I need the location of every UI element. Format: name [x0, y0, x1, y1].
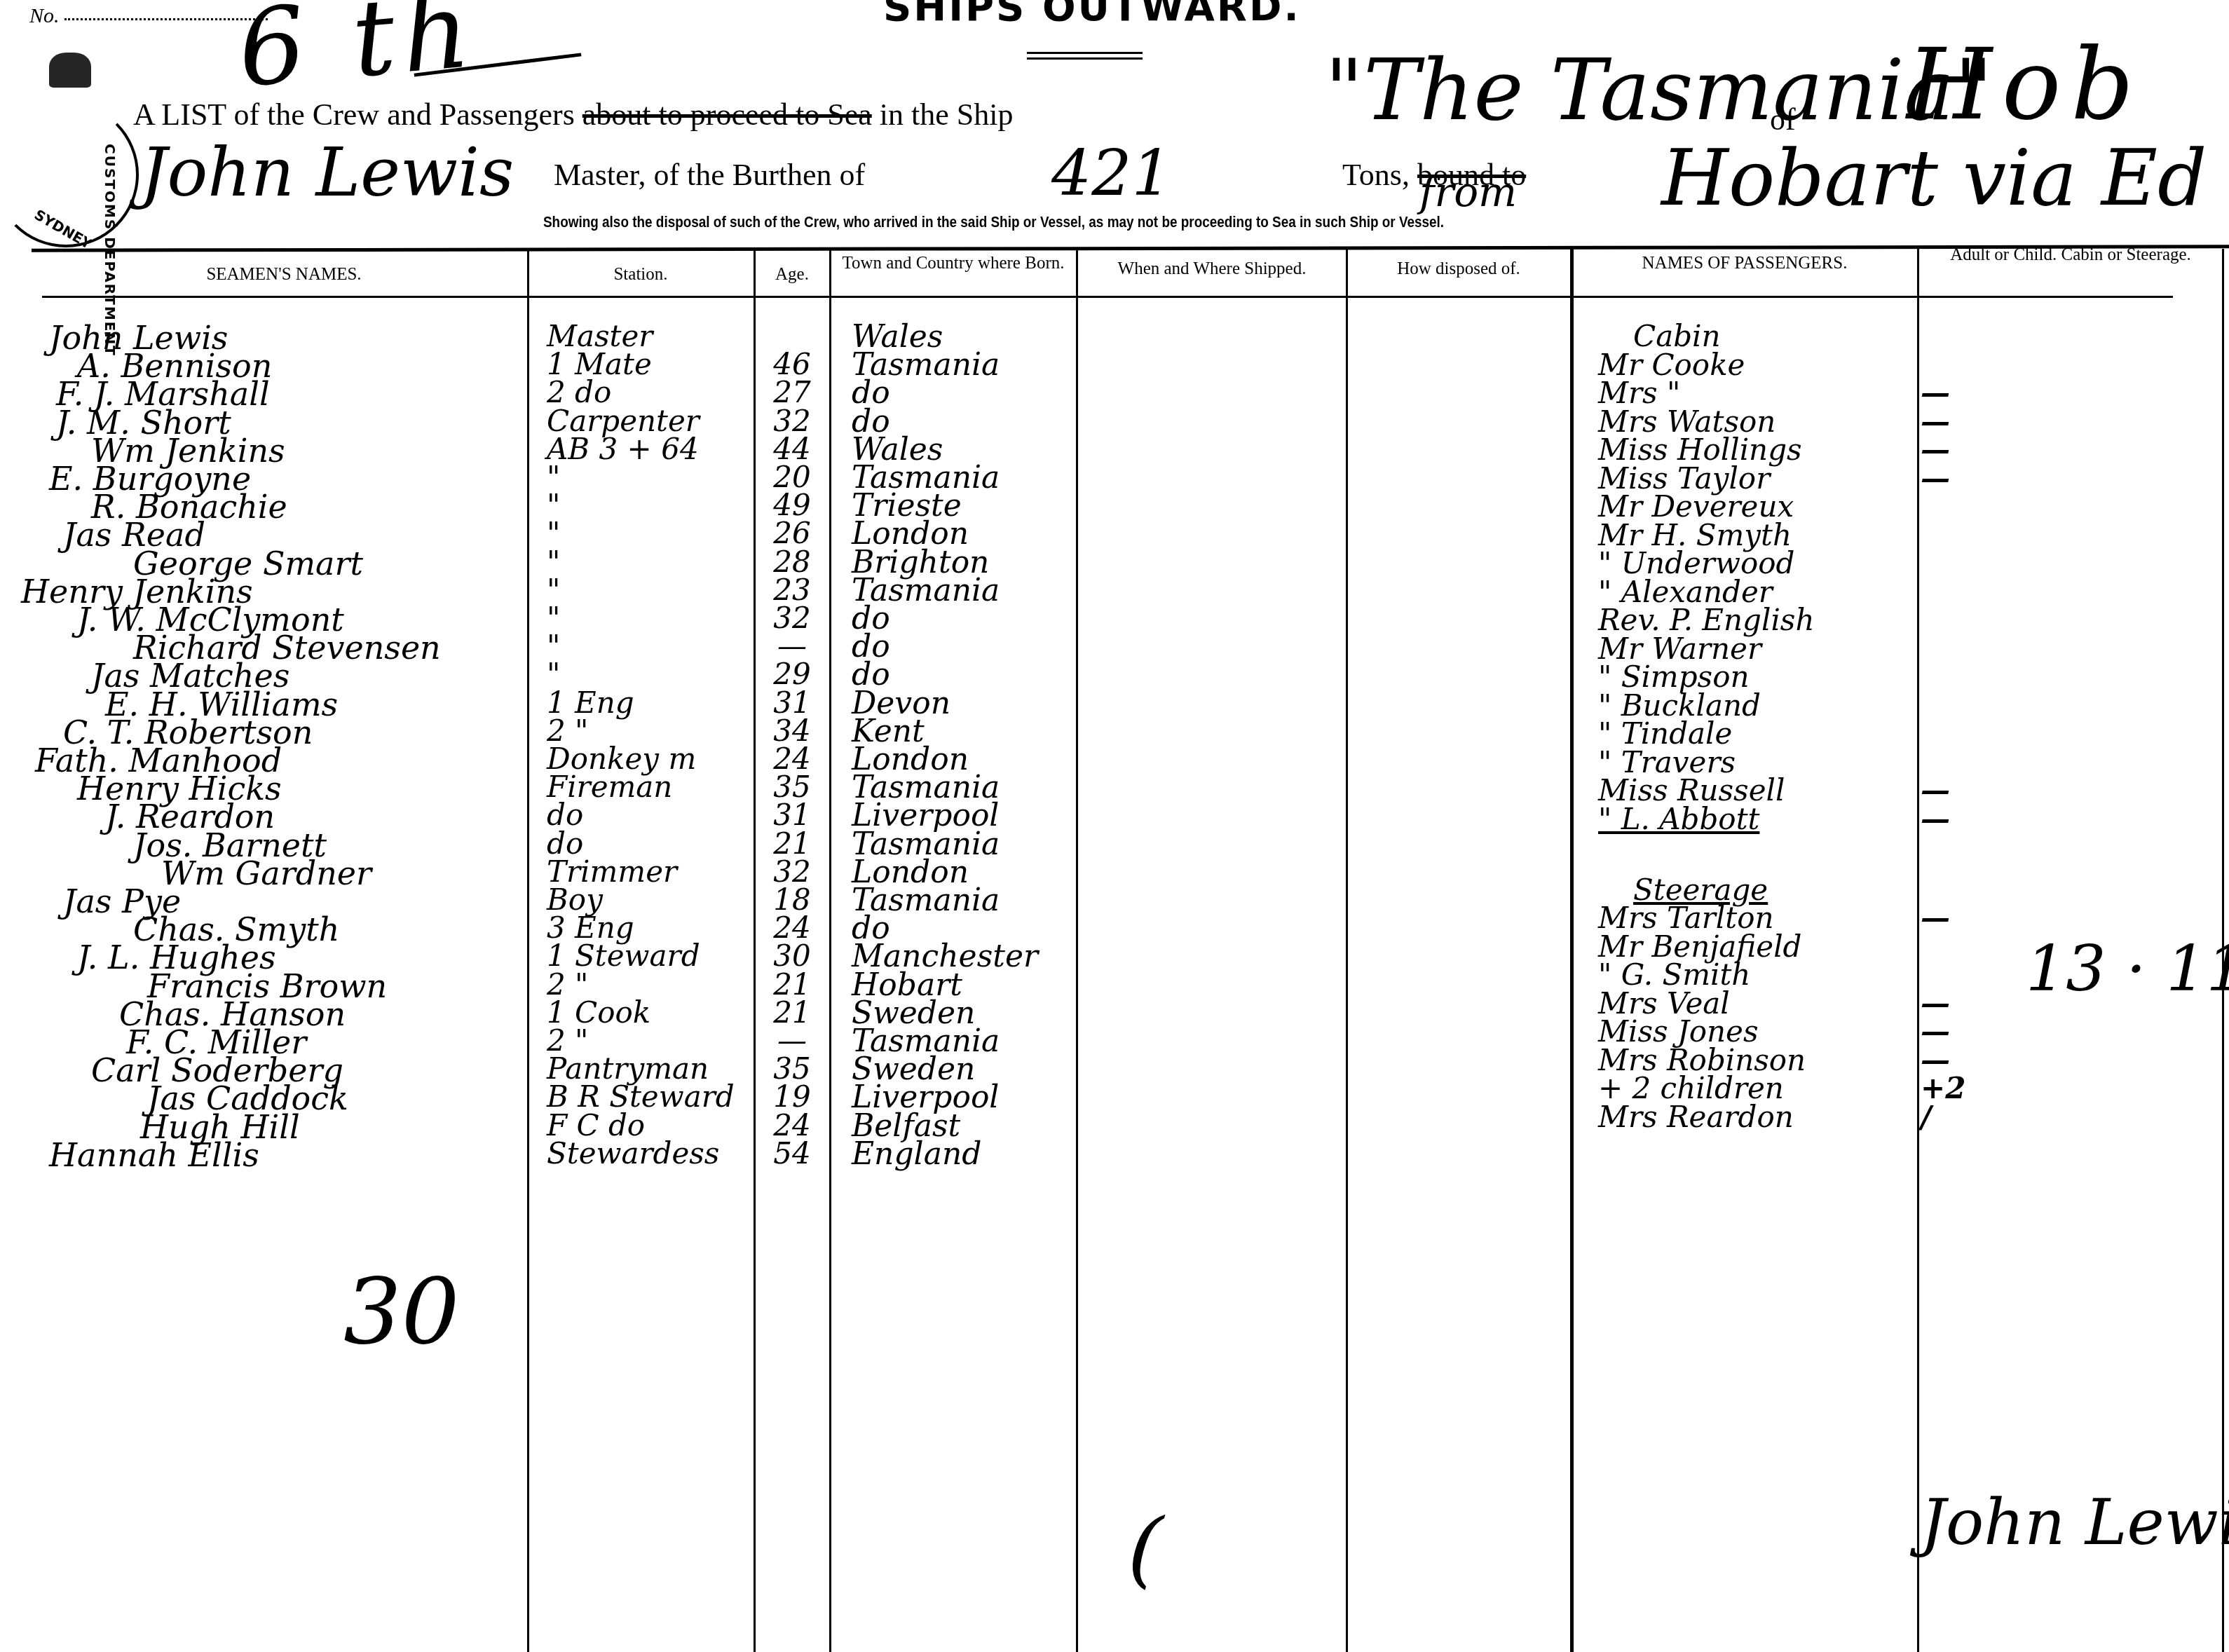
master-name: John Lewis — [140, 133, 514, 212]
list-title-line: A LIST of the Crew and Passengers about … — [133, 97, 1013, 132]
list-title-prefix: A LIST of the Crew and Passengers — [133, 97, 575, 132]
passenger-row: Mrs "— — [1598, 376, 2229, 404]
crew-row: Henry Jenkins"23Tasmania — [0, 573, 1122, 601]
col-shipped: When and Where Shipped. — [1079, 259, 1344, 279]
crown-icon — [49, 53, 91, 88]
reference-number: 6 th — [233, 0, 482, 111]
crew-row: Hannah EllisStewardess54England — [0, 1136, 1122, 1164]
passenger-name: Mrs Reardon — [1598, 1100, 1794, 1134]
from-correction: from — [1419, 168, 1517, 216]
passenger-row: " Underwood — [1598, 546, 2229, 574]
passenger-row: Mr Devereux — [1598, 489, 2229, 517]
header-rule-left — [42, 296, 1079, 298]
passenger-row: " Buckland — [1598, 688, 2229, 716]
crew-row: John LewisMasterWales — [0, 319, 1122, 347]
col-age: Age. — [756, 265, 829, 285]
crew-row: Hugh HillF C do24Belfast — [0, 1108, 1122, 1136]
passenger-tally-mark: / — [1921, 1100, 1931, 1134]
crew-row: Carl SoderbergPantryman35Sweden — [0, 1051, 1122, 1079]
header-rule-right — [1079, 296, 2173, 298]
crew-row: Chas. Smyth3 Eng24do — [0, 910, 1122, 938]
passenger-row: " Alexander — [1598, 575, 2229, 603]
col-seamen-names: SEAMEN'S NAMES. — [42, 265, 526, 285]
passenger-row: Mrs Tarlton— — [1598, 901, 2229, 929]
col-station: Station. — [529, 265, 752, 285]
title-rule — [1027, 52, 1143, 60]
master-burthen-label: Master, of the Burthen of — [554, 157, 865, 193]
passenger-row: Mr Warner — [1598, 632, 2229, 660]
crew-row: E. H. Williams1 Eng31Devon — [0, 685, 1122, 714]
crew-total: 30 — [343, 1258, 459, 1365]
column-divider — [1570, 249, 1574, 1652]
of-label: of — [1770, 102, 1796, 137]
column-divider — [1346, 249, 1348, 1652]
crew-row: Jas Read"26London — [0, 516, 1122, 544]
crew-born: England — [852, 1136, 1083, 1172]
passenger-row: Miss Hollings— — [1598, 432, 2229, 460]
crew-row: C. T. Robertson2 "34Kent — [0, 714, 1122, 742]
passenger-row: " L. Abbott— — [1598, 802, 2229, 830]
crew-row: Francis Brown2 "21Hobart — [0, 967, 1122, 995]
passenger-row: Mr H. Smyth — [1598, 518, 2229, 546]
form-title: SHIPS OUTWARD. — [883, 0, 1301, 30]
form-number-label: No. — [29, 4, 60, 28]
route: Hobart via Ed — [1661, 133, 2207, 223]
tons-text: Tons, — [1342, 158, 1410, 192]
passenger-row — [1598, 830, 2229, 858]
crew-row: F. J. Marshall2 do27do — [0, 375, 1122, 403]
crew-row: Chas. Hanson1 Cook21Sweden — [0, 995, 1122, 1023]
passenger-row: Miss Russell— — [1598, 773, 2229, 801]
tonnage: 421 — [1051, 137, 1172, 210]
pen-mark: ( — [1125, 1499, 1164, 1599]
passenger-total: 13 · 11 — [2026, 932, 2229, 1006]
passenger-section-heading: Cabin — [1598, 319, 2229, 347]
col-adult-child: Adult or Child. Cabin or Steerage. — [1921, 245, 2221, 265]
col-born: Town and Country where Born. — [834, 254, 1072, 273]
table-top-rule — [32, 245, 2229, 252]
crew-row: J. W. McClymont"32do — [0, 601, 1122, 629]
col-disposed: How disposed of. — [1349, 259, 1568, 279]
port-of-registry: Hob — [1907, 28, 2143, 142]
crew-row: J. M. ShortCarpenter32do — [0, 404, 1122, 432]
passenger-row: Rev. P. English — [1598, 603, 2229, 631]
passenger-row: " Simpson — [1598, 660, 2229, 688]
crew-row: R. Bonachie"49Trieste — [0, 488, 1122, 516]
passenger-row: " Tindale — [1598, 716, 2229, 744]
crew-row: A. Bennison1 Mate46Tasmania — [0, 347, 1122, 375]
passenger-row: " Travers — [1598, 745, 2229, 773]
crew-row: Wm GardnerTrimmer32London — [0, 854, 1122, 882]
crew-row: Jos. Barnettdo21Tasmania — [0, 826, 1122, 854]
passenger-row: Mrs Reardon/ — [1598, 1100, 2229, 1128]
crew-row: Henry HicksFireman35Tasmania — [0, 770, 1122, 798]
struck-phrase: about to proceed to Sea — [582, 97, 872, 132]
crew-row: George Smart"28Brighton — [0, 545, 1122, 573]
customs-stamp: CUSTOMS DEPARTMENT SYDNEY — [21, 46, 137, 249]
crew-row: Fath. ManhoodDonkey m24London — [0, 742, 1122, 770]
col-passenger-names: NAMES OF PASSENGERS. — [1574, 254, 1916, 273]
passenger-row: Mrs Watson— — [1598, 404, 2229, 432]
passenger-row: Miss Jones— — [1598, 1014, 2229, 1042]
crew-row: Jas PyeBoy18Tasmania — [0, 882, 1122, 910]
passenger-section-heading: Steerage — [1598, 873, 2229, 901]
crew-row: Jas CaddockB R Steward19Liverpool — [0, 1079, 1122, 1107]
crew-row: Wm JenkinsAB 3 + 6444Wales — [0, 432, 1122, 460]
master-signature: John Lewis — [1921, 1486, 2229, 1559]
crew-name: Hannah Ellis — [49, 1136, 512, 1174]
crew-row: E. Burgoyne"20Tasmania — [0, 460, 1122, 488]
ship-name: "The Tasmania" — [1325, 42, 1993, 139]
crew-age: 54 — [761, 1136, 824, 1170]
passenger-row: Mrs Robinson— — [1598, 1043, 2229, 1071]
crew-row: Richard Stevensen"—do — [0, 629, 1122, 657]
crew-row: Jas Matches"29do — [0, 657, 1122, 685]
crew-row: J. L. Hughes1 Steward30Manchester — [0, 938, 1122, 967]
crew-row: F. C. Miller2 "—Tasmania — [0, 1023, 1122, 1051]
passenger-row: + 2 children+2 — [1598, 1071, 2229, 1099]
passenger-row: Miss Taylor— — [1598, 461, 2229, 489]
crew-station: Stewardess — [547, 1136, 757, 1170]
crew-row: J. Reardondo31Liverpool — [0, 798, 1122, 826]
subnote: Showing also the disposal of such of the… — [543, 213, 1444, 231]
passenger-row: Mr Cooke — [1598, 348, 2229, 376]
list-title-suffix: in the Ship — [880, 97, 1014, 132]
